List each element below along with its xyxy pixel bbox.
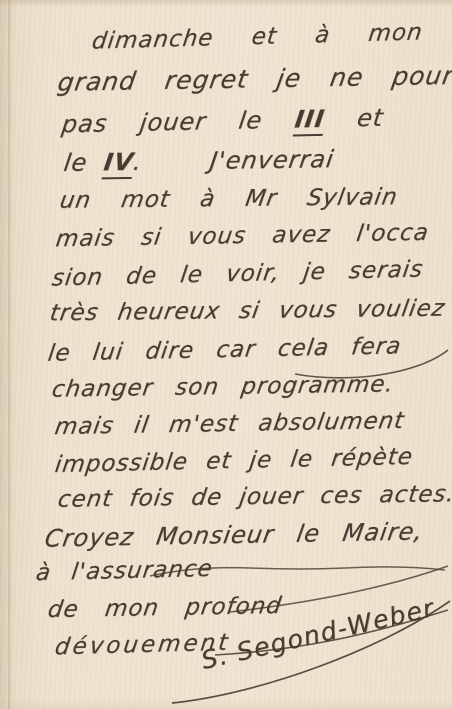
handwritten-line-9: le lui dire car cela fera — [46, 333, 403, 366]
handwritten-line-5: un mot à Mr Sylvain — [58, 184, 400, 214]
handwritten-line-16: de mon profond — [46, 593, 284, 623]
line-4-text: le — [62, 148, 106, 177]
line-3-text-end: et — [323, 104, 386, 133]
handwritten-line-10: changer son programme. — [50, 371, 396, 402]
line-4-text-end: J'enverrai — [208, 145, 336, 175]
handwritten-line-2: grand regret je ne pourrais — [56, 60, 452, 97]
line-2-text: grand regret je ne pourr — [56, 61, 452, 97]
line-4-underlined-numeral: IV — [102, 148, 136, 179]
handwritten-line-14: Croyez Monsieur le Maire, — [43, 517, 425, 552]
handwritten-line-8: très heureux si vous vouliez — [48, 296, 447, 327]
handwritten-line-1: dimanche et à mon — [90, 19, 424, 54]
handwritten-line-4: le IV.J'enverrai — [62, 145, 336, 177]
handwritten-line-11: mais il m'est absolument — [53, 408, 406, 440]
letter-page: dimanche et à mon grand regret je ne pou… — [0, 0, 452, 709]
line-3-underlined-numeral: III — [293, 105, 327, 137]
handwritten-line-6: mais si vous avez l'occa — [54, 220, 430, 253]
handwritten-line-7: sion de le voir, je serais — [50, 256, 425, 291]
paper-fold-edge — [8, 0, 11, 709]
handwritten-line-13: cent fois de jouer ces actes. — [56, 481, 452, 513]
handwritten-line-3: pas jouer le III et — [60, 104, 385, 139]
handwritten-line-12: impossible et je le répète — [53, 444, 414, 478]
line-3-text: pas jouer le — [60, 105, 297, 138]
handwritten-line-15: à l'assurance — [34, 556, 214, 586]
